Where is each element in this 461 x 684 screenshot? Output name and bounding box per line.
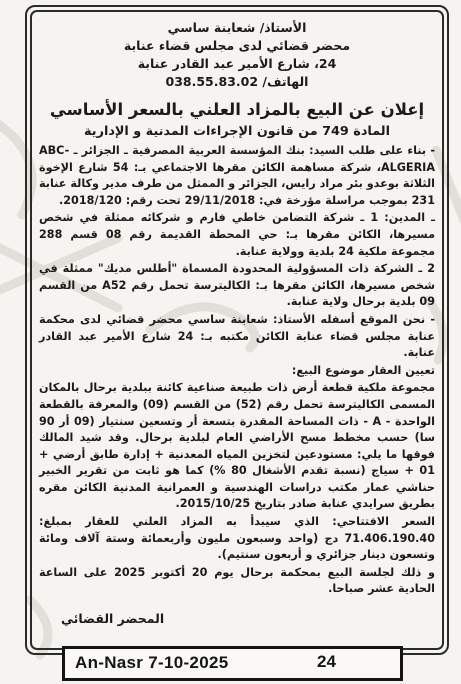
bailiff-function: محضر قضائي لدى مجلس قضاء عنابة: [39, 37, 435, 55]
notice-legal-article: المادة 749 من قانون الإجراءات المدنية و …: [39, 123, 435, 141]
notice-body: - بناء على طلب السيد: بنك المؤسسة العربي…: [39, 143, 435, 598]
newspaper-name-and-date: An-Nasr 7-10-2025: [75, 653, 228, 673]
inner-border: الأستاذ/ شعابنة ساسي محضر قضائي لدى مجلس…: [30, 10, 444, 650]
sale-session-paragraph: و ذلك لجلسة البيع بمحكمة برحال يوم 20 أك…: [39, 565, 435, 598]
debtor-1-paragraph: ـ المدين: 1 ـ شركة التضامن خاطي فارم و ش…: [39, 210, 435, 260]
scanned-newspaper-notice: الأستاذ/ شعابنة ساسي محضر قضائي لدى مجلس…: [0, 0, 461, 684]
request-paragraph: - بناء على طلب السيد: بنك المؤسسة العربي…: [39, 143, 435, 209]
property-description-paragraph: مجموعة ملكية قطعة أرض ذات طبيعة صناعية ك…: [39, 380, 435, 513]
bailiff-signature: المحضر القضائي: [39, 599, 435, 626]
debtor-2-paragraph: 2 ـ الشركة ذات المسؤولية المحدودة المسما…: [39, 261, 435, 311]
notice-title: إعلان عن البيع بالمزاد العلني بالسعر الأ…: [39, 98, 435, 121]
newspaper-footer-box: An-Nasr 7-10-2025 24: [62, 646, 403, 681]
bailiff-name: الأستاذ/ شعابنة ساسي: [39, 19, 435, 37]
opening-price-paragraph: السعر الافتتاحي: الذي سيبدأ به المزاد ال…: [39, 514, 435, 564]
bailiff-declaration-paragraph: - نحن الموقع أسفله الأستاذ: شعابنة ساسي …: [39, 312, 435, 362]
bailiff-address: 24، شارع الأمير عبد القادر عنابة: [39, 55, 435, 73]
decorative-double-border: الأستاذ/ شعابنة ساسي محضر قضائي لدى مجلس…: [25, 5, 449, 655]
property-designation-heading: تعيين العقار موضوع البيع:: [39, 363, 435, 380]
bailiff-letterhead: الأستاذ/ شعابنة ساسي محضر قضائي لدى مجلس…: [39, 16, 435, 91]
bailiff-phone: الهاتف/ 038.55.83.02: [39, 73, 435, 91]
notice-content: الأستاذ/ شعابنة ساسي محضر قضائي لدى مجلس…: [39, 16, 435, 626]
page-number: 24: [317, 652, 336, 672]
